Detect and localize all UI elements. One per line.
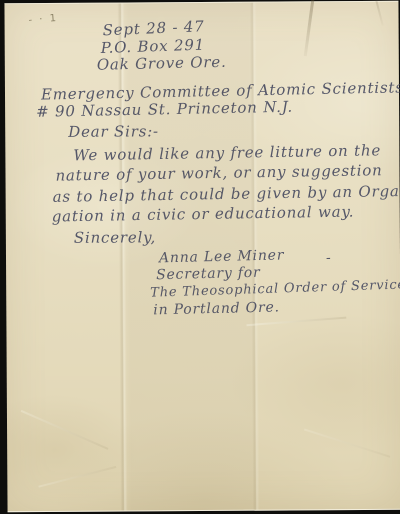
bottom-left-wrinkle: [21, 410, 109, 450]
body-line: gation in a civic or educational way.: [52, 202, 355, 225]
salutation-line: Dear Sirs:-: [68, 122, 159, 141]
signature-area-crease: [246, 317, 346, 327]
letter-paper: - · 1 Sept 28 - 47 P.O. Box 291 Oak Grov…: [4, 1, 400, 512]
bottom-right-wrinkle: [304, 429, 390, 458]
city-line: Oak Grove Ore.: [97, 53, 227, 74]
bottom-left-wrinkle-2: [38, 466, 116, 488]
top-right-corner-crease: [304, 0, 315, 56]
signature-name: Anna Lee Miner: [159, 247, 285, 266]
pencil-mark: - · 1: [28, 13, 58, 26]
closing-line: Sincerely,: [74, 228, 156, 247]
signature-role: Secretary for: [156, 265, 261, 283]
top-right-edge-crease: [375, 0, 383, 26]
fold-crease-left: [117, 3, 127, 510]
scanner-background: - · 1 Sept 28 - 47 P.O. Box 291 Oak Grov…: [0, 0, 400, 514]
signature-dash: -: [326, 250, 332, 266]
body-line: We would like any free litture on the: [73, 141, 381, 164]
body-line: nature of your work, or any suggestion: [55, 161, 382, 184]
signature-location: in Portland Ore.: [153, 299, 280, 318]
